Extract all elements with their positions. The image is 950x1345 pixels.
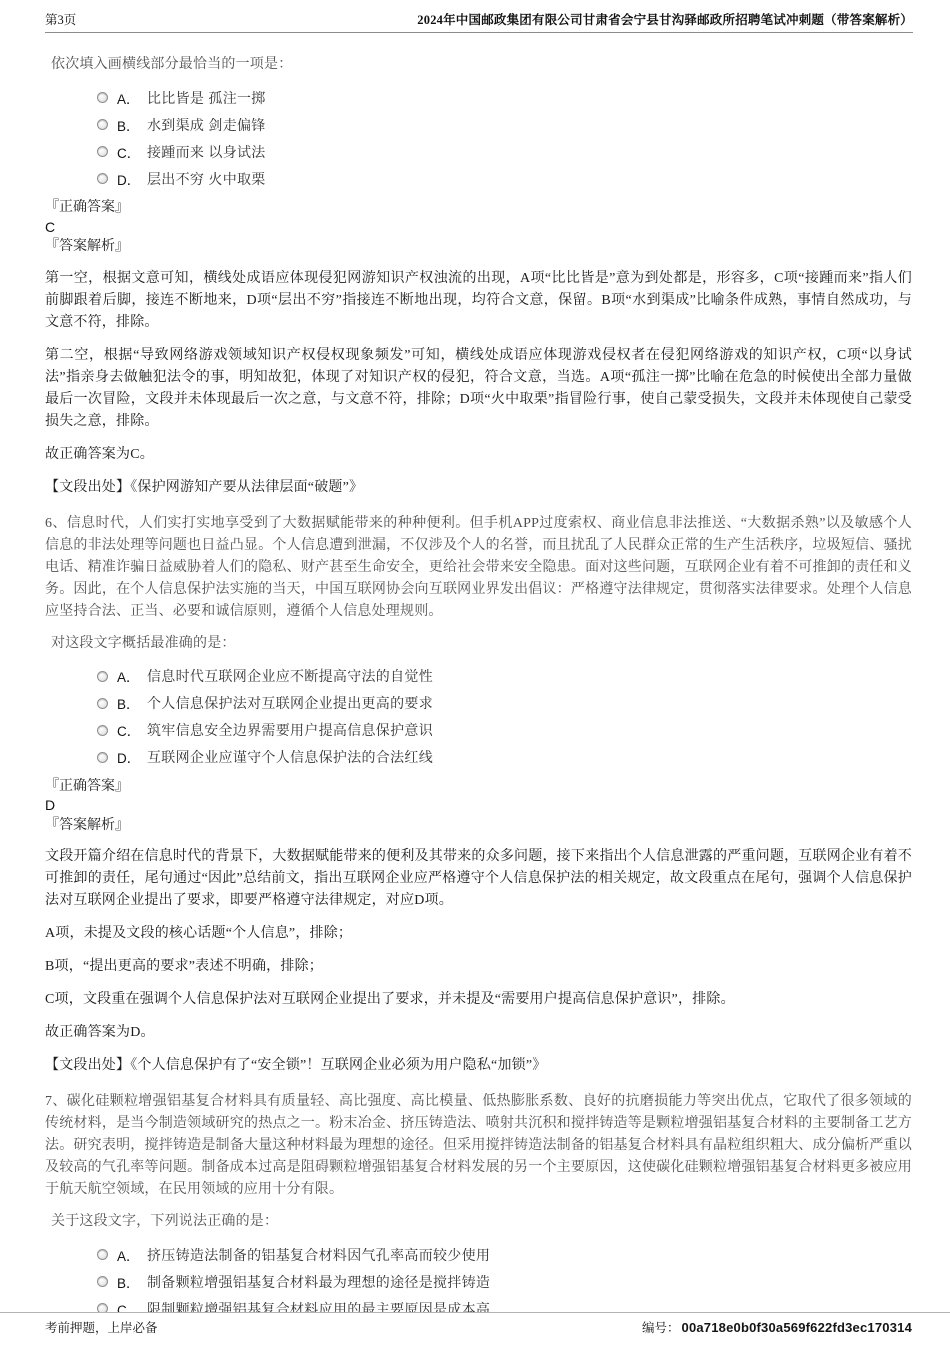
- analysis-paragraph: B项，“提出更高的要求”表述不明确，排除；: [45, 956, 912, 978]
- option-row-q7-a[interactable]: A． 挤压铸造法制备的铝基复合材料因气孔率高而较少使用: [97, 1241, 912, 1268]
- question-7-body: 7、碳化硅颗粒增强铝基复合材料具有质量轻、高比强度、高比模量、低热膨胀系数、良好…: [45, 1091, 912, 1201]
- footer-slogan: 考前押题，上岸必备: [45, 1318, 158, 1336]
- option-row-q6-c[interactable]: C． 筑牢信息安全边界需要用户提高信息保护意识: [97, 717, 912, 744]
- radio-button-icon[interactable]: [97, 671, 108, 682]
- option-text: 挤压铸造法制备的铝基复合材料因气孔率高而较少使用: [147, 1245, 490, 1265]
- question-7-block: 7、碳化硅颗粒增强铝基复合材料具有质量轻、高比强度、高比模量、低热膨胀系数、良好…: [45, 1091, 912, 1322]
- option-row-q6-d[interactable]: D． 互联网企业应谨守个人信息保护法的合法红线: [97, 744, 912, 771]
- serial-number: 00a718e0b0f30a569f622fd3ec170314: [682, 1320, 912, 1335]
- page-footer: 考前押题，上岸必备 编号： 00a718e0b0f30a569f622fd3ec…: [0, 1312, 950, 1345]
- correct-answer-value: C: [45, 218, 912, 238]
- option-letter: C．: [117, 720, 147, 740]
- option-text: 互联网企业应谨守个人信息保护法的合法红线: [147, 747, 433, 767]
- conclusion-line: 故正确答案为C。: [45, 444, 912, 466]
- radio-button-icon[interactable]: [97, 698, 108, 709]
- question-7-stem: 关于这段文字，下列说法正确的是：: [51, 1211, 912, 1233]
- option-text: 水到渠成 剑走偏锋: [147, 115, 266, 135]
- answer-analysis-label: 『答案解析』: [45, 816, 912, 836]
- analysis-paragraph: 第一空，根据文意可知，横线处成语应体现侵犯网游知识产权浊流的出现，A项“比比皆是…: [45, 268, 912, 334]
- option-letter: B．: [117, 693, 147, 713]
- correct-answer-label: 『正确答案』: [45, 198, 912, 218]
- radio-button-icon[interactable]: [97, 119, 108, 130]
- option-letter: B．: [117, 1272, 147, 1292]
- question-5-options: A． 比比皆是 孤注一掷 B． 水到渠成 剑走偏锋 C． 接踵而来 以身试法 D…: [45, 84, 912, 192]
- option-letter: A．: [117, 666, 147, 686]
- question-5-answer-block: 『正确答案』 C 『答案解析』: [45, 198, 912, 257]
- analysis-paragraph: 文段开篇介绍在信息时代的背景下，大数据赋能带来的便利及其带来的众多问题，接下来指…: [45, 846, 912, 912]
- exam-document-page: { "header": { "page_number": "第3页", "tit…: [0, 0, 950, 1345]
- option-letter: C．: [117, 142, 147, 162]
- option-row-q7-b[interactable]: B． 制备颗粒增强铝基复合材料最为理想的途径是搅拌铸造: [97, 1268, 912, 1295]
- page-number: 第3页: [45, 13, 76, 28]
- question-6-options: A． 信息时代互联网企业应不断提高守法的自觉性 B． 个人信息保护法对互联网企业…: [45, 663, 912, 771]
- option-row-q5-c[interactable]: C． 接踵而来 以身试法: [97, 138, 912, 165]
- option-text: 比比皆是 孤注一掷: [147, 88, 266, 108]
- question-6-stem: 对这段文字概括最准确的是：: [51, 633, 912, 655]
- answer-analysis-label: 『答案解析』: [45, 237, 912, 257]
- conclusion-line: 故正确答案为D。: [45, 1022, 912, 1044]
- option-text: 制备颗粒增强铝基复合材料最为理想的途径是搅拌铸造: [147, 1272, 490, 1292]
- option-text: 筑牢信息安全边界需要用户提高信息保护意识: [147, 720, 433, 740]
- option-row-q5-b[interactable]: B． 水到渠成 剑走偏锋: [97, 111, 912, 138]
- source-line: 【文段出处】《个人信息保护有了“安全锁”！互联网企业必须为用户隐私“加锁”》: [45, 1055, 912, 1077]
- correct-answer-value: D: [45, 796, 912, 816]
- option-row-q5-a[interactable]: A． 比比皆是 孤注一掷: [97, 84, 912, 111]
- correct-answer-label: 『正确答案』: [45, 777, 912, 797]
- source-line: 【文段出处】《保护网游知产要从法律层面“破题”》: [45, 477, 912, 499]
- radio-button-icon[interactable]: [97, 725, 108, 736]
- footer-serial: 编号： 00a718e0b0f30a569f622fd3ec170314: [642, 1318, 912, 1336]
- question-6-body: 6、信息时代，人们实打实地享受到了大数据赋能带来的种种便利。但手机APP过度索权…: [45, 513, 912, 623]
- question-6-block: 6、信息时代，人们实打实地享受到了大数据赋能带来的种种便利。但手机APP过度索权…: [45, 513, 912, 1078]
- question-5-stem: 依次填入画横线部分最恰当的一项是：: [51, 54, 912, 76]
- option-text: 信息时代互联网企业应不断提高守法的自觉性: [147, 666, 433, 686]
- question-7-options: A． 挤压铸造法制备的铝基复合材料因气孔率高而较少使用 B． 制备颗粒增强铝基复…: [45, 1241, 912, 1322]
- radio-button-icon[interactable]: [97, 1249, 108, 1260]
- analysis-paragraph: C项，文段重在强调个人信息保护法对互联网企业提出了要求，并未提及“需要用户提高信…: [45, 989, 912, 1011]
- option-letter: A．: [117, 88, 147, 108]
- page-header: 第3页 2024年中国邮政集团有限公司甘肃省会宁县甘沟驿邮政所招聘笔试冲刺题（带…: [45, 0, 913, 33]
- page-content: 依次填入画横线部分最恰当的一项是： A． 比比皆是 孤注一掷 B． 水到渠成 剑…: [45, 33, 912, 1322]
- analysis-paragraph: A项，未提及文段的核心话题“个人信息”，排除；: [45, 923, 912, 945]
- option-letter: B．: [117, 115, 147, 135]
- radio-button-icon[interactable]: [97, 173, 108, 184]
- question-6-answer-block: 『正确答案』 D 『答案解析』: [45, 777, 912, 836]
- radio-button-icon[interactable]: [97, 92, 108, 103]
- question-5-block: 依次填入画横线部分最恰当的一项是： A． 比比皆是 孤注一掷 B． 水到渠成 剑…: [45, 54, 912, 499]
- option-text: 接踵而来 以身试法: [147, 142, 266, 162]
- option-letter: A．: [117, 1245, 147, 1265]
- document-title: 2024年中国邮政集团有限公司甘肃省会宁县甘沟驿邮政所招聘笔试冲刺题（带答案解析…: [417, 13, 913, 28]
- analysis-paragraph: 第二空，根据“导致网络游戏领域知识产权侵权现象频发”可知，横线处成语应体现游戏侵…: [45, 345, 912, 433]
- radio-button-icon[interactable]: [97, 146, 108, 157]
- option-row-q6-b[interactable]: B． 个人信息保护法对互联网企业提出更高的要求: [97, 690, 912, 717]
- option-letter: D．: [117, 169, 147, 189]
- option-text: 层出不穷 火中取栗: [147, 169, 266, 189]
- option-row-q5-d[interactable]: D． 层出不穷 火中取栗: [97, 165, 912, 192]
- option-text: 个人信息保护法对互联网企业提出更高的要求: [147, 693, 433, 713]
- option-letter: D．: [117, 747, 147, 767]
- option-row-q6-a[interactable]: A． 信息时代互联网企业应不断提高守法的自觉性: [97, 663, 912, 690]
- radio-button-icon[interactable]: [97, 752, 108, 763]
- serial-label: 编号：: [642, 1318, 680, 1336]
- radio-button-icon[interactable]: [97, 1276, 108, 1287]
